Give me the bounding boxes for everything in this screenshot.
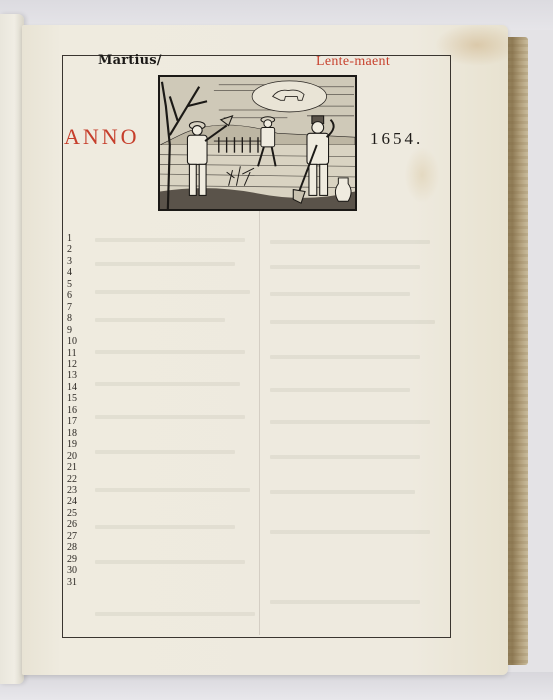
day-number: 26 — [64, 519, 86, 530]
day-number: 23 — [64, 485, 86, 496]
day-number: 3 — [64, 256, 86, 267]
woodcut-illustration — [158, 75, 357, 211]
day-number: 5 — [64, 279, 86, 290]
day-number: 12 — [64, 359, 86, 370]
month-name-latin: Martius/ — [98, 53, 162, 68]
column-divider — [259, 210, 260, 635]
day-number: 21 — [64, 462, 86, 473]
day-number: 4 — [64, 267, 86, 278]
day-number: 10 — [64, 336, 86, 347]
day-number: 11 — [64, 348, 86, 359]
day-number: 9 — [64, 325, 86, 336]
day-number: 8 — [64, 313, 86, 324]
day-number: 25 — [64, 508, 86, 519]
day-number: 20 — [64, 451, 86, 462]
day-number: 19 — [64, 439, 86, 450]
day-number: 24 — [64, 496, 86, 507]
day-number: 1 — [64, 233, 86, 244]
day-number-column: 1 2 3 4 5 6 7 8 9 10 11 12 13 14 15 16 1… — [64, 233, 86, 588]
day-number: 27 — [64, 531, 86, 542]
facing-page-edge — [0, 14, 24, 684]
day-number: 22 — [64, 474, 86, 485]
day-number: 17 — [64, 416, 86, 427]
day-number: 31 — [64, 577, 86, 588]
anno-label: ANNO — [64, 124, 140, 150]
day-number: 15 — [64, 393, 86, 404]
woodcut-scene-icon — [160, 77, 355, 209]
day-number: 18 — [64, 428, 86, 439]
day-number: 7 — [64, 302, 86, 313]
day-number: 29 — [64, 554, 86, 565]
day-number: 28 — [64, 542, 86, 553]
day-number: 14 — [64, 382, 86, 393]
day-number: 16 — [64, 405, 86, 416]
year-label: 1654. — [370, 129, 423, 149]
background-bottom — [0, 672, 553, 700]
day-number: 2 — [64, 244, 86, 255]
month-name-dutch: Lente-maent — [316, 54, 390, 70]
day-number: 13 — [64, 370, 86, 381]
day-number: 30 — [64, 565, 86, 576]
day-number: 6 — [64, 290, 86, 301]
